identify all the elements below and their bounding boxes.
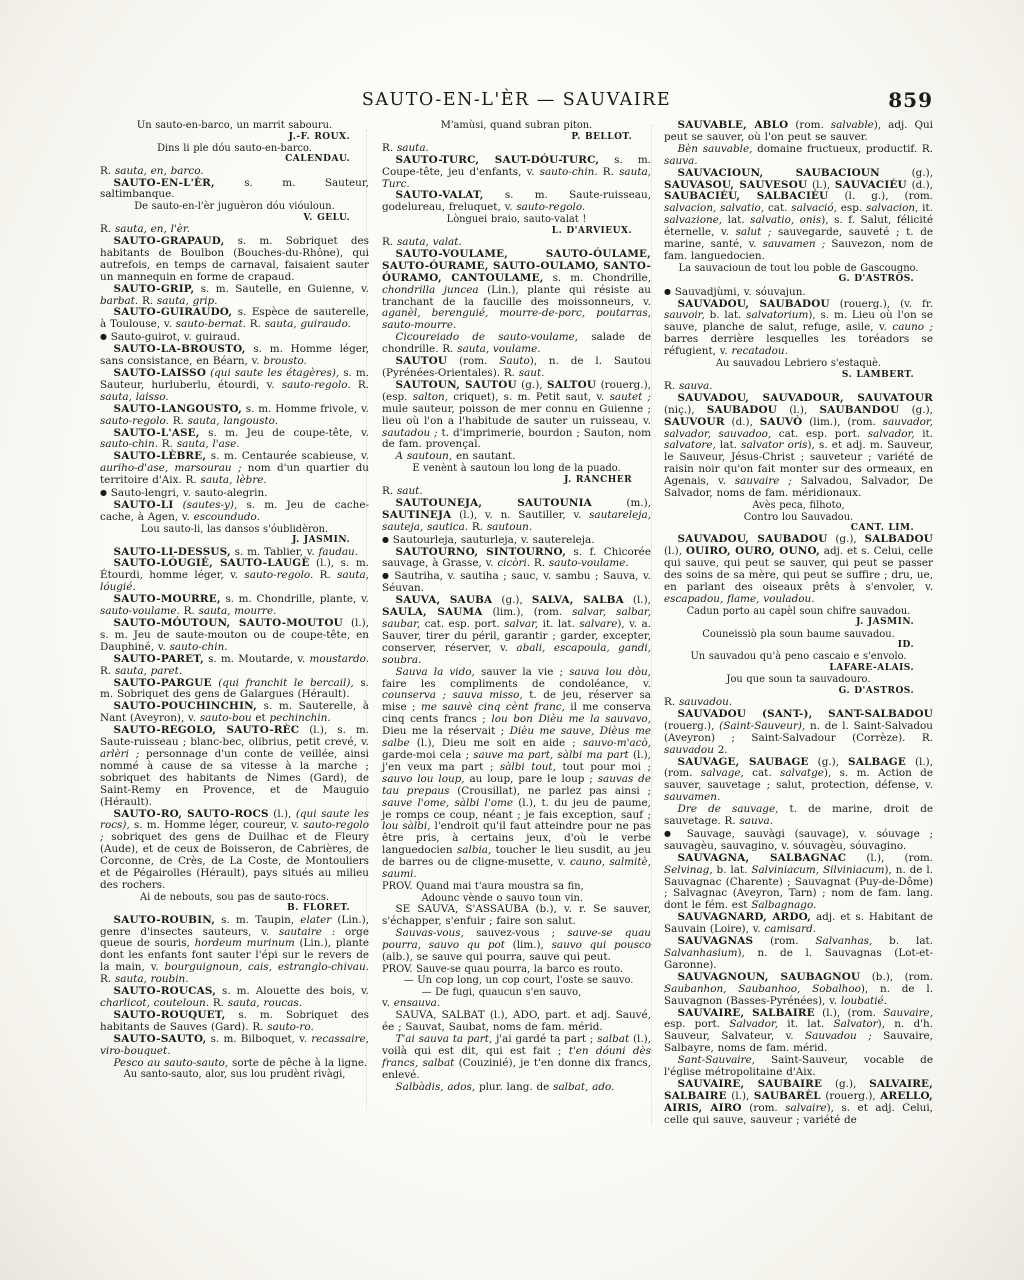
- quote-attribution: ID.: [664, 640, 933, 651]
- body-paragraph: Dre de sauvage, t. de marine, droit de s…: [664, 804, 933, 828]
- dictionary-entry: SAUVA, SAUBA (g.), SALVA, SALBA (l.), SA…: [382, 595, 651, 666]
- dictionary-entry: SAUVADOU (SANT-), SANT-SALBADOU (rouerg.…: [664, 709, 933, 757]
- dictionary-entry: SAUTOURNO, SINTOURNO, s. f. Chicorée sau…: [382, 547, 651, 571]
- dictionary-entry: SAUTO-L'ASE, s. m. Jeu de coupe-tête, v.…: [100, 428, 369, 452]
- dictionary-entry: SAUVADOU, SAUBADOU (rouerg.), (v. fr. sa…: [664, 299, 933, 359]
- body-paragraph: Sauva la vido, sauver la vie ; sauva lou…: [382, 667, 651, 881]
- dictionary-entry: SAUVACIOUN, SAUBACIOUN (g.), SAUVASOU, S…: [664, 168, 933, 263]
- dictionary-entry: SAUTO-GUIRAUDO, s. Espèce de sauterelle,…: [100, 307, 369, 331]
- running-head: SAUTO-EN-L'ÈR — SAUVAIRE 859: [100, 90, 933, 114]
- verse-quote-line: Contro lou Sauvadou.: [664, 512, 933, 524]
- body-paragraph: Pesco au sauto-sauto, sorte de pêche à l…: [100, 1058, 369, 1070]
- dictionary-entry: SAUTOUNEJA, SAUTOUNIA (m.), SAUTINEJA (l…: [382, 498, 651, 534]
- bullet-icon: ●: [382, 571, 390, 580]
- dictionary-entry: SAUTO-MÓUTOUN, SAUTO-MOUTOU (l.), s. m. …: [100, 618, 369, 654]
- dictionary-entry: SE SAUVA, S'ASSAUBA (b.), v. r. Se sauve…: [382, 904, 651, 928]
- dictionary-entry: SAUTO-ROUQUET, s. m. Sobriquet des habit…: [100, 1010, 369, 1034]
- dictionary-entry: SAUVA, SALBAT (l.), ADO, part. et adj. S…: [382, 1010, 651, 1034]
- dictionary-entry: SAUVAGNAS (rom. Salvanhas, b. lat. Salva…: [664, 936, 933, 972]
- dictionary-entry: SAUTO-SAUTO, s. m. Bilboquet, v. recassa…: [100, 1034, 369, 1058]
- verse-quote-line: Au santo-sauto, alor, sus lou prudènt ri…: [100, 1069, 369, 1081]
- dictionary-entry: SAUTO-RO, SAUTO-ROCS (l.), (qui saute le…: [100, 809, 369, 892]
- column-1: Un sauto-en-barco, un marrit sabouru.J.-…: [100, 120, 369, 1127]
- quote-attribution: J. JASMIN.: [664, 617, 933, 628]
- proverb-line: PROV. Sauve-se quau pourra, la barco es …: [382, 964, 651, 976]
- dictionary-entry: SAUTO-ROUBIN, s. m. Taupin, elater (Lin.…: [100, 915, 369, 986]
- bullet-icon: ●: [382, 535, 389, 544]
- body-paragraph: T'ai sauva ta part, j'ai gardé ta part ;…: [382, 1034, 651, 1082]
- body-paragraph: A sautoun, en sautant.: [382, 451, 651, 463]
- verse-quote-line: De sauto-en-l'èr juguèron dóu vióuloun.: [100, 201, 369, 213]
- column-3: SAUVABLE, ABLO (rom. salvable), adj. Qui…: [664, 120, 933, 1127]
- bullet-icon: ●: [100, 332, 107, 341]
- dictionary-entry: SAUTO-VOULAME, SAUTO-ÓULAME, SAUTO-ÓURAM…: [382, 249, 651, 332]
- page-content: Un sauto-en-barco, un marrit sabouru.J.-…: [100, 120, 933, 1127]
- dictionary-entry: SAUTO-LÈBRE, s. m. Centaurée scabieuse, …: [100, 451, 369, 487]
- dictionary-entry: SAUTO-POUCHINCHIN, s. m. Sauterelle, à N…: [100, 701, 369, 725]
- cross-reference-item: ● Sautriha, v. sautiha ; sauc, v. sambu …: [382, 570, 651, 595]
- dictionary-entry: SAUVAGNARD, ARDO, adj. et s. Habitant de…: [664, 912, 933, 936]
- verse-quote-line: Avès peca, filhoto,: [664, 500, 933, 512]
- page-number: 859: [888, 88, 933, 112]
- dictionary-entry: SAUTO-PARET, s. m. Moutarde, v. moustard…: [100, 654, 369, 678]
- verse-quote-line: Au sauvadou Lebriero s'estaquè.: [664, 358, 933, 370]
- page-header-title: SAUTO-EN-L'ÈR — SAUVAIRE: [100, 90, 933, 110]
- dictionary-entry: SAUTO-TURC, SAUT-DÓU-TURC, s. m. Coupe-t…: [382, 155, 651, 191]
- bullet-icon: ●: [100, 488, 107, 497]
- proverb-continuation: — Un cop long, un cop court, l'oste se s…: [382, 975, 651, 987]
- dictionary-entry: SAUTO-GRAPAUD, s. m. Sobriquet des habit…: [100, 236, 369, 284]
- dictionary-entry: SAUVAGNOUN, SAUBAGNOU (b.), (rom. Sauban…: [664, 972, 933, 1008]
- quote-attribution: G. D'ASTROS.: [664, 274, 933, 285]
- verse-quote-line: Lònguei braio, sauto-valat !: [382, 214, 651, 226]
- dictionary-entry: SAUTO-GRIP, s. m. Sautelle, en Guienne, …: [100, 284, 369, 308]
- quote-attribution: LAFARE-ALAIS.: [664, 663, 933, 674]
- dictionary-entry: SAUTO-LÓUGIÉ, SAUTO-LAUGÈ (l.), s. m. Ét…: [100, 558, 369, 594]
- bullet-icon: ●: [664, 287, 671, 296]
- dictionary-entry: SAUVADOU, SAUVADOUR, SAUVATOUR (niç.), S…: [664, 393, 933, 500]
- verse-quote-line: Cadun porto au capèl soun chifre sauvado…: [664, 606, 933, 618]
- dictionary-entry: SAUTO-LAISSO (qui saute les étagères), s…: [100, 368, 369, 404]
- body-paragraph: Salbàdis, ados, plur. lang. de salbat, a…: [382, 1082, 651, 1094]
- proverb-line: PROV. Quand mai t'aura moustra sa fin,: [382, 881, 651, 893]
- dictionary-entry: SAUTO-REGOLO, SAUTO-RÈC (l.), s. m. Saut…: [100, 725, 369, 808]
- verse-quote-line: E venènt à sautoun lou long de la puado.: [382, 463, 651, 475]
- dictionary-entry: SAUTO-EN-L'ÈR, s. m. Sauteur, saltimbanq…: [100, 178, 369, 202]
- body-paragraph: Sauvas-vous, sauvez-vous ; sauve-se quau…: [382, 928, 651, 964]
- dictionary-entry: SAUTO-VALAT, s. m. Saute-ruisseau, godel…: [382, 190, 651, 214]
- body-paragraph: Sant-Sauvaire, Saint-Sauveur, vocable de…: [664, 1055, 933, 1079]
- body-paragraph: Cicoureiado de sauto-voulame, salade de …: [382, 332, 651, 356]
- dictionary-entry: SAUTOU (rom. Sauto), n. de l. Sautou (Py…: [382, 356, 651, 380]
- verse-quote-line: Ai de nebouts, sou pas de sauto-rocs.: [100, 892, 369, 904]
- verse-quote-line: La sauvacioun de tout lou poble de Gasco…: [664, 263, 933, 275]
- dictionary-entry: SAUTO-ROUCAS, s. m. Alouette des bois, v…: [100, 986, 369, 1010]
- verse-quote-line: M'amùsi, quand subran piton.: [382, 120, 651, 132]
- cross-reference-item: ● Sauvage, sauvàgi (sauvage), v. sóuvage…: [664, 828, 933, 853]
- verse-quote-line: Dins li ple dóu sauto-en-barco.: [100, 143, 369, 155]
- dictionary-page: SAUTO-EN-L'ÈR — SAUVAIRE 859 Un sauto-en…: [0, 0, 1024, 1280]
- quote-attribution: J.-F. ROUX.: [100, 132, 369, 143]
- dictionary-entry: SAUTOUN, SAUTOU (g.), SALTOU (rouerg.), …: [382, 380, 651, 451]
- dictionary-entry: SAUTO-PARGUE (qui franchit le bercail), …: [100, 678, 369, 702]
- verse-quote-line: Jou que soun ta sauvadouro.: [664, 674, 933, 686]
- dictionary-entry: SAUVAGE, SAUBAGE (g.), SALBAGE (l.), (ro…: [664, 757, 933, 805]
- dictionary-entry: SAUVADOU, SAUBADOU (g.), SALBADOU (l.), …: [664, 534, 933, 605]
- body-paragraph: Bèn sauvable, domaine fructueux, product…: [664, 144, 933, 168]
- dictionary-entry: SAUVAGNA, SALBAGNAC (l.), (rom. Selvinag…: [664, 853, 933, 913]
- dictionary-entry: SAUVABLE, ABLO (rom. salvable), adj. Qui…: [664, 120, 933, 144]
- verse-quote-line: Lou sauto-li, las dansos s'óublidèron.: [100, 524, 369, 536]
- dictionary-entry: SAUTO-MOURRE, s. m. Chondrille, plante, …: [100, 594, 369, 618]
- bullet-icon: ●: [664, 829, 677, 838]
- dictionary-entry: SAUTO-LANGOUSTO, s. m. Homme frivole, v.…: [100, 404, 369, 428]
- dictionary-entry: SAUVAIRE, SAUBAIRE (g.), SALVAIRE, SALBA…: [664, 1079, 933, 1127]
- dictionary-entry: SAUTO-LI (sautes-y), s. m. Jeu de cache-…: [100, 500, 369, 524]
- verse-quote-line: Un sauto-en-barco, un marrit sabouru.: [100, 120, 369, 132]
- verse-quote-line: Couneissiò pla soun baume sauvadou.: [664, 629, 933, 641]
- dictionary-entry: SAUTO-LA-BROUSTO, s. m. Homme léger, san…: [100, 344, 369, 368]
- dictionary-entry: SAUVAIRE, SALBAIRE (l.), (rom. Sauvaire,…: [664, 1008, 933, 1056]
- verse-quote-line: Un sauvadou qu'à peno cascaio e s'envolo…: [664, 651, 933, 663]
- column-2: M'amùsi, quand subran piton.P. BELLOT.R.…: [382, 120, 651, 1127]
